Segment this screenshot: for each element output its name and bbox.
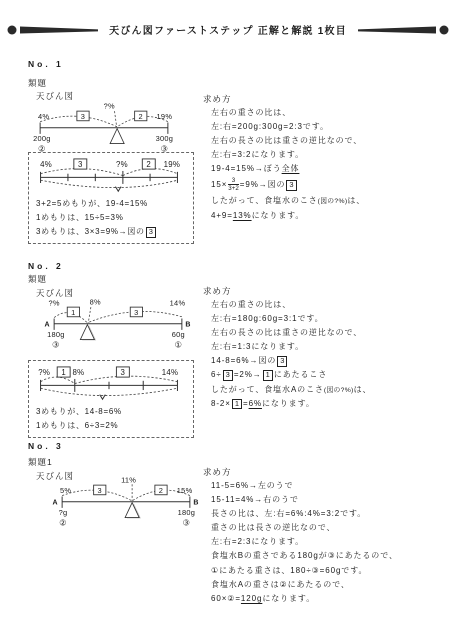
solve-line: 左:右=3:2になります。 bbox=[203, 148, 447, 162]
right-percent: 19% bbox=[164, 160, 181, 169]
section-no2: No. 2 類題 天びん図 1 3 ?% 8% 14% A B 180g ③ 6… bbox=[28, 261, 448, 438]
right-circled-ratio: ① bbox=[175, 339, 183, 349]
work-box-2: 1 3 ?% 8% 14% 3めもりが、14-8=6% 1めもりは、6÷3=2% bbox=[28, 360, 194, 438]
solve-line: 長さの比は、左:右=6%:4%=3:2です。 bbox=[203, 507, 447, 521]
solution-column-2: 求め方 左右の重さの比は、 左:右=180g:60g=3:1です。 左右の長さの… bbox=[203, 285, 447, 411]
problem-number: No. 1 bbox=[28, 59, 64, 69]
solve-line: 左右の重さの比は、 bbox=[203, 298, 447, 312]
number-line-1: 3 2 4% ?% 19% bbox=[35, 156, 183, 197]
solve-line: 左右の重さの比は、 bbox=[203, 106, 447, 120]
solve-line: 左:右=1:3になります。 bbox=[203, 340, 447, 354]
left-percent: 4% bbox=[38, 112, 49, 121]
solve-line: 左右の長さの比は重さの逆比なので、 bbox=[203, 134, 447, 148]
solve-line: したがって、食塩水のこさ(図の?%)は、 bbox=[203, 194, 447, 208]
solve-line: 14-8=6%→図の3 bbox=[203, 354, 447, 368]
left-weight: 180g bbox=[47, 330, 65, 339]
left-percent: ?% bbox=[48, 298, 59, 307]
solve-line: 左:右=180g:60g=3:1です。 bbox=[203, 312, 447, 326]
solve-line: 食塩水Bの重さである180gが③にあたるので、 bbox=[203, 549, 447, 563]
left-end-label: A bbox=[44, 321, 49, 328]
balance-diagram-3: 3 2 5% 11% 15% A B ?g ② 180g ③ bbox=[51, 472, 201, 528]
left-percent: ?% bbox=[38, 368, 50, 377]
solution-column-3: 求め方 11-5=6%→左のうで 15-11=4%→右のうで 長さの比は、左:右… bbox=[203, 466, 447, 606]
right-percent: 15% bbox=[177, 486, 193, 495]
page-title: 天びん図ファーストステップ 正解と解説 1枚目 bbox=[109, 22, 347, 37]
left-end-label: A bbox=[52, 499, 57, 506]
solve-line: 4+9=13%になります。 bbox=[203, 209, 447, 223]
boxed-number: 3 bbox=[286, 180, 296, 191]
left-ratio-box: 1 bbox=[71, 308, 75, 317]
left-ratio-box: 1 bbox=[61, 368, 66, 377]
right-ratio-box: 2 bbox=[146, 160, 151, 169]
center-percent: ?% bbox=[116, 160, 128, 169]
right-circled-ratio: ③ bbox=[183, 517, 191, 527]
work-box-1: 3 2 4% ?% 19% 3+2=5めもりが、19-4=15% 1めもりは、1… bbox=[28, 152, 194, 244]
balance-diagram-2: 1 3 ?% 8% 14% A B 180g ③ 60g ① bbox=[43, 294, 193, 350]
solve-line: 左:右=2:3になります。 bbox=[203, 535, 447, 549]
solve-line: 15×33+2=9%→図の3 bbox=[203, 176, 447, 194]
solve-line: ①にあたる重さは、180÷③=60gです。 bbox=[203, 564, 447, 578]
boxed-number: 3 bbox=[223, 370, 233, 381]
page-header: 天びん図ファーストステップ 正解と解説 1枚目 bbox=[0, 22, 456, 37]
solve-line: 60×②=120gになります。 bbox=[203, 592, 447, 606]
header-right-ornament-icon bbox=[354, 23, 450, 37]
left-ratio-box: 3 bbox=[98, 486, 102, 495]
left-weight: ?g bbox=[59, 508, 68, 517]
balance-diagram-1: 3 2 4% ?% 19% 200g ② 300g ③ bbox=[29, 98, 179, 154]
problem-number: No. 3 bbox=[28, 441, 64, 451]
solution-column-1: 求め方 左右の重さの比は、 左:右=200g:300g=2:3です。 左右の長さ… bbox=[203, 93, 447, 223]
problem-subtitle: 類題1 bbox=[28, 456, 53, 468]
work-line: 3めもりが、14-8=6% bbox=[33, 405, 191, 419]
center-percent: 11% bbox=[121, 476, 136, 485]
solve-line: 11-5=6%→左のうで bbox=[203, 479, 447, 493]
right-percent: 14% bbox=[162, 368, 179, 377]
left-circled-ratio: ② bbox=[59, 517, 67, 527]
center-percent: 8% bbox=[90, 298, 101, 307]
right-weight: 60g bbox=[172, 330, 185, 339]
left-percent: 5% bbox=[60, 486, 71, 495]
work-line: 1めもりは、15÷5=3% bbox=[33, 211, 191, 225]
fulcrum-icon bbox=[125, 503, 139, 518]
solve-line: 15-11=4%→右のうで bbox=[203, 493, 447, 507]
worksheet-page: 天びん図ファーストステップ 正解と解説 1枚目 No. 1 類題 天びん図 3 … bbox=[0, 0, 456, 640]
solve-line: 6÷3=2%→1にあたるこさ bbox=[203, 368, 447, 382]
solve-line: 左右の長さの比は重さの逆比なので、 bbox=[203, 326, 447, 340]
solve-line: したがって、食塩水Aのこさ(図の?%)は、 bbox=[203, 383, 447, 397]
section-no3: No. 3 類題1 天びん図 3 2 5% 11% 15% A B ?g ② 1… bbox=[28, 441, 448, 626]
left-ratio-box: 3 bbox=[81, 112, 85, 121]
center-percent: ?% bbox=[104, 102, 115, 111]
right-end-label: B bbox=[185, 321, 190, 328]
solve-line: 8-2×1=6%になります。 bbox=[203, 397, 447, 411]
right-ratio-box: 3 bbox=[121, 368, 126, 377]
boxed-number: 3 bbox=[277, 356, 287, 367]
fraction: 33+2 bbox=[228, 178, 239, 192]
fulcrum-icon bbox=[80, 325, 94, 340]
problem-subtitle: 類題 bbox=[28, 273, 47, 285]
boxed-number: 1 bbox=[232, 399, 242, 410]
solve-title: 求め方 bbox=[203, 285, 447, 298]
work-line: 1めもりは、6÷3=2% bbox=[33, 419, 191, 433]
right-ratio-box: 3 bbox=[134, 308, 138, 317]
left-circled-ratio: ③ bbox=[52, 339, 60, 349]
right-end-label: B bbox=[193, 499, 198, 506]
header-left-ornament-icon bbox=[6, 23, 102, 37]
right-percent: 19% bbox=[157, 112, 173, 121]
solve-line: 左:右=200g:300g=2:3です。 bbox=[203, 120, 447, 134]
center-percent: 8% bbox=[73, 368, 85, 377]
section-no1: No. 1 類題 天びん図 3 2 4% ?% 19% 200g ② 300g … bbox=[28, 59, 448, 264]
left-percent: 4% bbox=[40, 160, 52, 169]
problem-number: No. 2 bbox=[28, 261, 64, 271]
solve-title: 求め方 bbox=[203, 466, 447, 479]
solve-line: 食塩水Aの重さは②にあたるので、 bbox=[203, 578, 447, 592]
right-weight: 180g bbox=[178, 508, 196, 517]
left-ratio-box: 3 bbox=[78, 160, 83, 169]
number-line-2: 1 3 ?% 8% 14% bbox=[35, 364, 183, 405]
solve-title: 求め方 bbox=[203, 93, 447, 106]
right-weight: 300g bbox=[156, 134, 174, 143]
solve-line: 重さの比は長さの逆比なので、 bbox=[203, 521, 447, 535]
boxed-number: 3 bbox=[146, 227, 156, 238]
right-percent: 14% bbox=[170, 298, 186, 307]
boxed-number: 1 bbox=[263, 370, 273, 381]
right-ratio-box: 2 bbox=[159, 486, 163, 495]
fulcrum-icon bbox=[110, 129, 124, 144]
right-ratio-box: 2 bbox=[139, 112, 143, 121]
left-weight: 200g bbox=[33, 134, 51, 143]
work-line: 3めもりは、3×3=9%→図の3 bbox=[33, 225, 191, 239]
problem-subtitle: 類題 bbox=[28, 77, 47, 89]
work-line: 3+2=5めもりが、19-4=15% bbox=[33, 197, 191, 211]
solve-line: 19-4=15%→ぼう全体 bbox=[203, 162, 447, 176]
